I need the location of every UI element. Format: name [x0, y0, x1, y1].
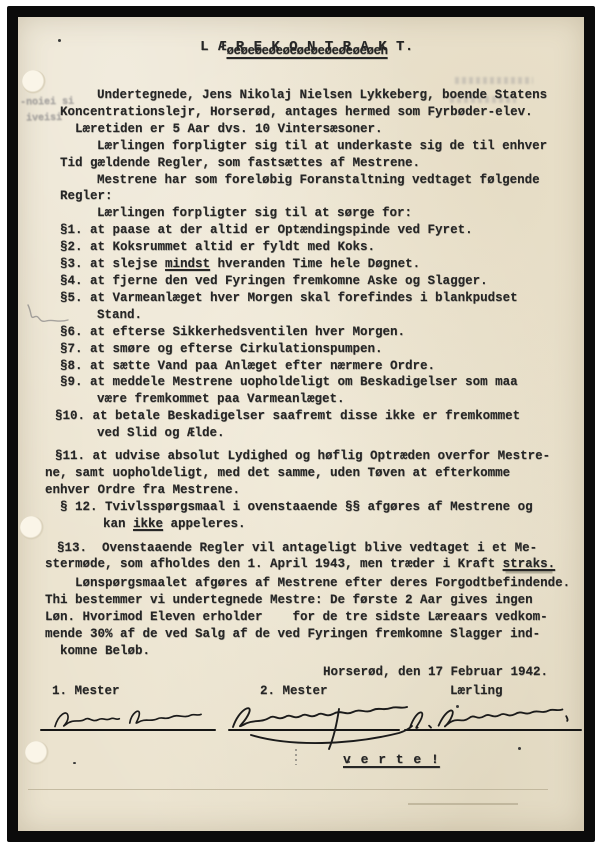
text-line: Regler:: [45, 188, 576, 205]
signature-n-lykkeberg: [398, 699, 583, 739]
text-segment: Thi bestemmer vi undertegnede Mestre: De…: [45, 593, 533, 607]
text-segment: stermøde, som afholdes den 1. April 1943…: [45, 557, 503, 571]
punch-hole-middle: [20, 516, 44, 540]
signature-second-master: [221, 695, 421, 753]
text-segment: Stand.: [97, 308, 142, 322]
signer-label-first-master: 1. Mester: [52, 684, 120, 698]
text-segment: Lærlingen forpligter sig til at underkas…: [97, 139, 547, 153]
text-segment: enhver Ordre fra Mestrene.: [45, 483, 240, 497]
ink-speck: [73, 762, 76, 764]
text-segment: Mestrene har som foreløbig Foranstaltnin…: [97, 173, 540, 187]
title-overstrike-underline: øeøeøeøeøeøeøeøeøeøeøen: [24, 44, 590, 59]
text-line: §6. at efterse Sikkerhedsventilen hver M…: [45, 324, 576, 341]
punch-hole-top: [22, 70, 46, 94]
text-line: §2. at Koksrummet altid er fyldt med Kok…: [45, 239, 576, 256]
text-segment: Lærlingen forpligter sig til at sørge fo…: [97, 206, 412, 220]
text-line: Stand.: [45, 307, 576, 324]
text-line: Tid gældende Regler, som fastsættes af M…: [45, 155, 576, 172]
text-segment: Lønspørgsmaalet afgøres af Mestrene efte…: [75, 576, 570, 590]
punch-hole-bottom: [25, 741, 49, 765]
text-line: Mestrene har som foreløbig Foranstaltnin…: [45, 172, 576, 189]
text-line: §3. at slejse mindst hveranden Time hele…: [45, 256, 576, 273]
text-line: kan ikke appeleres.: [45, 516, 576, 533]
text-segment: §10. at betale Beskadigelser saafremt di…: [55, 409, 520, 423]
text-segment: Koncentrationslejr, Horserød, antages he…: [60, 105, 533, 119]
text-line: §11. at udvise absolut Lydighed og høfli…: [45, 448, 576, 465]
text-segment: §4. at fjerne den ved Fyringen fremkomne…: [60, 274, 488, 288]
scan-line-1: [28, 789, 548, 790]
text-segment: appeleres.: [163, 517, 246, 531]
text-block: Undertegnede, Jens Nikolaj Nielsen Lykke…: [45, 87, 576, 660]
text-segment: §11. at udvise absolut Lydighed og høfli…: [55, 449, 550, 463]
contract-paper: -noiei si iveisi L Æ R E K O N T R A K T…: [18, 17, 584, 831]
text-line: §5. at Varmeanlæget hver Morgen skal for…: [45, 290, 576, 307]
text-line: komne Beløb.: [45, 643, 576, 660]
text-segment: §6. at efterse Sikkerhedsventilen hver M…: [60, 325, 405, 339]
text-line: Koncentrationslejr, Horserød, antages he…: [45, 104, 576, 121]
verte-note: v e r t e !: [343, 752, 440, 767]
text-segment: Tid gældende Regler, som fastsættes af M…: [60, 156, 420, 170]
date-line: Horserød, den 17 Februar 1942.: [323, 665, 548, 679]
text-segment: §13. Ovenstaaende Regler vil antageligt …: [57, 541, 537, 555]
text-segment: §5. at Varmeanlæget hver Morgen skal for…: [60, 291, 518, 305]
bleedthrough-mark-1: [455, 77, 533, 84]
text-segment: §7. at smøre og efterse Cirkulationspump…: [60, 342, 383, 356]
text-line: §7. at smøre og efterse Cirkulationspump…: [45, 341, 576, 358]
text-segment: §3. at slejse: [60, 257, 165, 271]
text-line: §9. at meddele Mestrene uopholdeligt om …: [45, 374, 576, 391]
ink-speck: [518, 747, 521, 750]
ink-speck: [348, 761, 350, 763]
underlined-word: mindst: [165, 257, 210, 271]
pencil-scribble: [24, 299, 78, 329]
text-segment: §2. at Koksrummet altid er fyldt med Kok…: [60, 240, 375, 254]
text-segment: Undertegnede, Jens Nikolaj Nielsen Lykke…: [97, 88, 547, 102]
signer-label-apprentice: Lærling: [450, 684, 503, 698]
text-segment: §1. at paase at der altid er Optændingsp…: [60, 223, 473, 237]
text-line: §1. at paase at der altid er Optændingsp…: [45, 222, 576, 239]
text-line: ved Slid og Ælde.: [45, 425, 576, 442]
text-line: §4. at fjerne den ved Fyringen fremkomne…: [45, 273, 576, 290]
text-line: §8. at sætte Vand paa Anlæget efter nærm…: [45, 358, 576, 375]
text-segment: mende 30% af de ved Salg af de ved Fyrin…: [45, 627, 540, 641]
signature-svend-lund: [38, 697, 218, 737]
text-line: Lærlingen forpligter sig til at underkas…: [45, 138, 576, 155]
text-segment: Løn. Hvorimod Eleven erholder for de tre…: [45, 610, 548, 624]
underlined-word: ikke: [133, 517, 163, 531]
ink-speck: [456, 705, 459, 708]
text-line: ne, samt uopholdeligt, med det samme, ud…: [45, 465, 576, 482]
text-line: mende 30% af de ved Salg af de ved Fyrin…: [45, 626, 576, 643]
text-line: Thi bestemmer vi undertegnede Mestre: De…: [45, 592, 576, 609]
text-line: Lærlingen forpligter sig til at sørge fo…: [45, 205, 576, 222]
scanned-contract-page: { "document": { "title": "L Æ R E K O N …: [0, 0, 600, 846]
text-line: enhver Ordre fra Mestrene.: [45, 482, 576, 499]
text-line: stermøde, som afholdes den 1. April 1943…: [45, 556, 576, 573]
ink-speck: [58, 39, 61, 42]
text-segment: være fremkommet paa Varmeanlæget.: [97, 392, 345, 406]
text-line: Lønspørgsmaalet afgøres af Mestrene efte…: [45, 575, 576, 592]
text-line: Undertegnede, Jens Nikolaj Nielsen Lykke…: [45, 87, 576, 104]
text-segment: § 12. Tvivlsspørgsmaal i ovenstaaende §§…: [60, 500, 533, 514]
text-line: være fremkommet paa Varmeanlæget.: [45, 391, 576, 408]
scan-line-2: [408, 803, 518, 805]
text-segment: Læretiden er 5 Aar dvs. 10 Vintersæsoner…: [75, 122, 383, 136]
title-block: L Æ R E K O N T R A K T. øeøeøeøeøeøeøeø…: [18, 39, 584, 59]
text-segment: §9. at meddele Mestrene uopholdeligt om …: [60, 375, 518, 389]
underlined-word: straks.: [503, 557, 556, 571]
text-segment: hveranden Time hele Døgnet.: [210, 257, 420, 271]
text-line: Løn. Hvorimod Eleven erholder for de tre…: [45, 609, 576, 626]
text-segment: kan: [103, 517, 133, 531]
text-segment: ved Slid og Ælde.: [97, 426, 225, 440]
fold-mark: [295, 749, 297, 765]
text-line: §13. Ovenstaaende Regler vil antageligt …: [45, 540, 576, 557]
text-line: §10. at betale Beskadigelser saafremt di…: [45, 408, 576, 425]
text-line: Læretiden er 5 Aar dvs. 10 Vintersæsoner…: [45, 121, 576, 138]
text-segment: ne, samt uopholdeligt, med det samme, ud…: [45, 466, 510, 480]
text-segment: §8. at sætte Vand paa Anlæget efter nærm…: [60, 359, 435, 373]
text-line: § 12. Tvivlsspørgsmaal i ovenstaaende §§…: [45, 499, 576, 516]
text-segment: Regler:: [60, 189, 113, 203]
text-segment: komne Beløb.: [60, 644, 150, 658]
